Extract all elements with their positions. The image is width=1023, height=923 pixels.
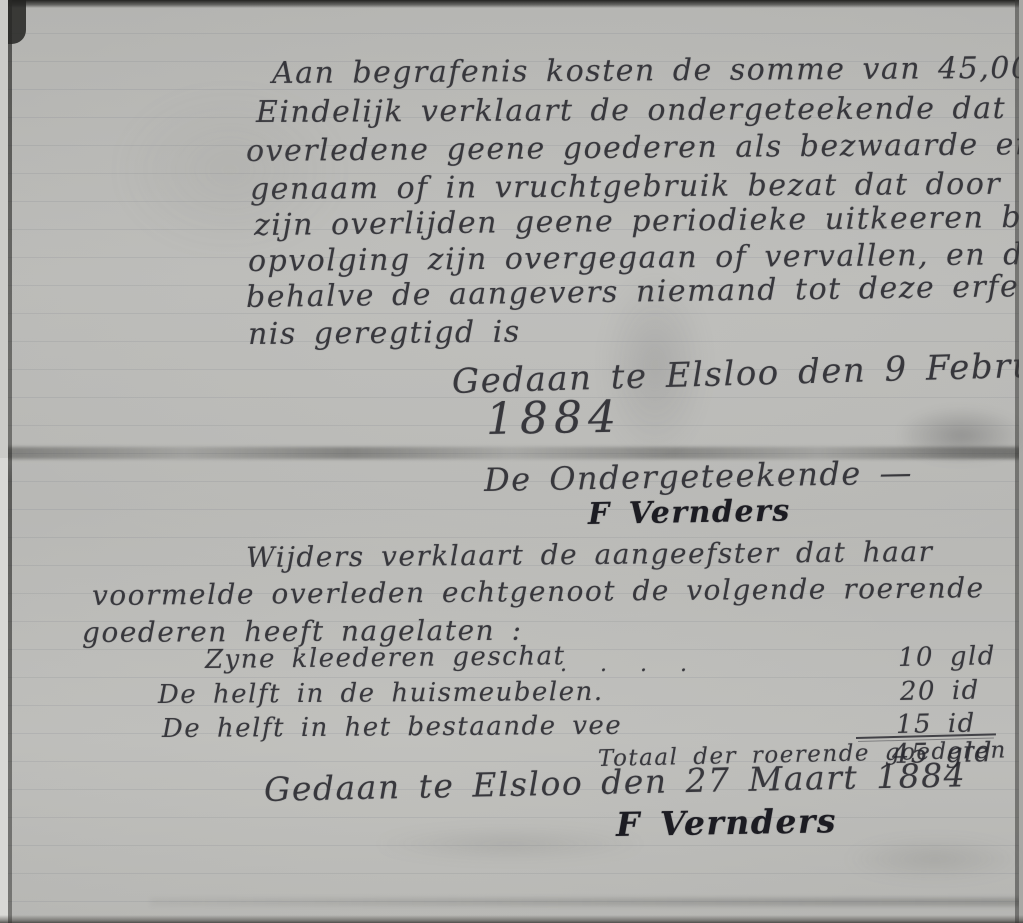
inventory-item-label: De helft in het bestaande vee [162, 711, 622, 744]
inventory-item-label: Zyne kleederen geschat [205, 641, 566, 675]
inventory-item-label: De helft in de huismeubelen. [158, 677, 604, 710]
manuscript-line: nis geregtigd is [248, 315, 521, 352]
inventory-item-value: 10 gld [898, 641, 996, 673]
manuscript-line: overledene geene goederen als bezwaarde … [246, 127, 1023, 169]
manuscript-line: Aan begrafenis kosten de somme van 45,00 [272, 51, 1023, 91]
manuscript-line: Wijders verklaart de aangeefster dat haa… [246, 535, 934, 574]
signature-second: F Vernders [616, 801, 838, 844]
inventory-item-value: 20 id [900, 676, 980, 707]
year-1884: 1884 [486, 392, 623, 445]
undersigned-heading: De Ondergeteekende — [484, 454, 914, 499]
inventory-item-leader: . . . . [560, 652, 697, 677]
manuscript-line: Eindelijk verklaart de ondergeteekende d… [256, 91, 1023, 130]
signature-first: F Vernders [588, 493, 791, 532]
scanned-document-page: Aan begrafenis kosten de somme van 45,00… [0, 0, 1023, 923]
